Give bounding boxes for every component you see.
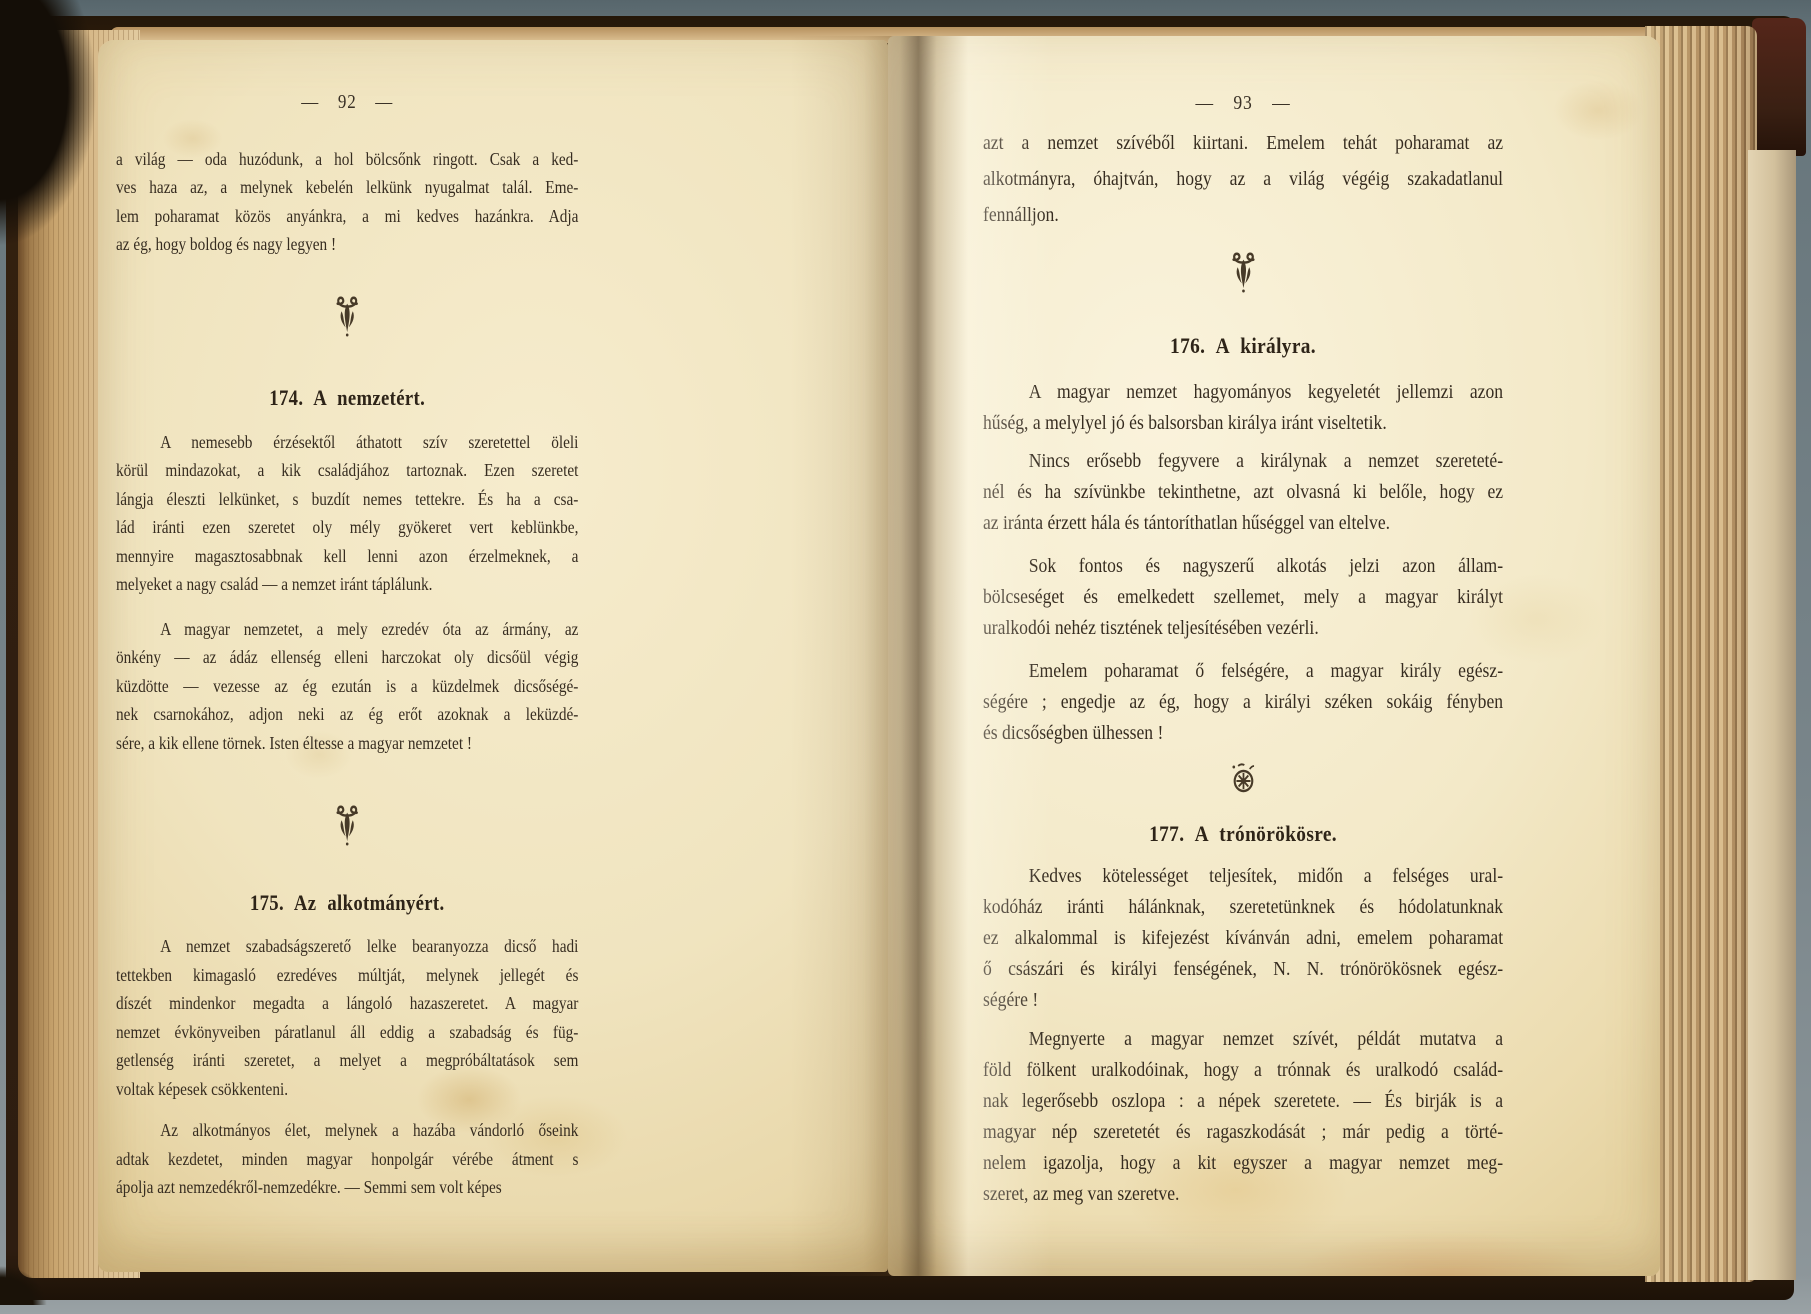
text-line: voltak képesek csökkenteni. xyxy=(116,1075,578,1104)
book-page-left: — 92 — a világ — oda huzódunk, a hol böl… xyxy=(98,40,888,1272)
section-heading-175: 175. Az alkotmányért. xyxy=(116,890,578,916)
text-line: A nemzet szabadságszerető lelke bearanyo… xyxy=(116,932,578,961)
text-line: ves haza az, a melynek kebelén lelkünk n… xyxy=(116,173,578,202)
right-page-text-column: — 93 — azt a nemzet szívéből kiirtani. E… xyxy=(983,88,1503,1210)
text-line: adtak kezdetet, minden magyar honpolgár … xyxy=(116,1145,578,1174)
section-divider xyxy=(116,802,578,848)
fleuron-ornament-icon xyxy=(331,293,363,339)
section-heading-174: 174. A nemzetért. xyxy=(116,385,578,411)
text-line: az ég, hogy boldog és nagy legyen ! xyxy=(116,230,578,259)
text-line: alkotmányra, óhajtván, hogy az a világ v… xyxy=(983,161,1503,197)
section-divider xyxy=(983,249,1503,295)
text-line: sére, a kik ellene törnek. Isten éltesse… xyxy=(116,729,578,758)
text-line: lem poharamat közös anyánkra, a mi kedve… xyxy=(116,202,578,231)
section-heading-177: 177. A trónörökösre. xyxy=(983,821,1503,847)
cover-inner-edge xyxy=(1748,150,1796,1280)
paragraph: A magyar nemzetet, a mely ezredév óta az… xyxy=(116,615,578,758)
page-number-92: — 92 — xyxy=(116,88,578,117)
paragraph: Sok fontos és nagyszerű alkotás jelzi az… xyxy=(983,551,1503,644)
text-line: küzdötte — vezesse az ég ezután is a küz… xyxy=(116,672,578,701)
text-line: mennyire magasztosabbnak kell lenni azon… xyxy=(116,542,578,571)
text-line: díszét mindenkor megadta a lángoló hazas… xyxy=(116,989,578,1018)
text-line: uralkodói nehéz tisztének teljesítésében… xyxy=(983,613,1503,644)
text-line: nemzet évkönyveiben páratlanul áll eddig… xyxy=(116,1018,578,1047)
left-page-text-column: — 92 — a világ — oda huzódunk, a hol böl… xyxy=(116,88,578,1202)
text-line: lángja éleszti lelkünket, s buzdít nemes… xyxy=(116,485,578,514)
text-line: Kedves kötelességet teljesítek, midőn a … xyxy=(983,861,1503,892)
page-stack-fore-edge-right xyxy=(1645,26,1757,1282)
fleuron-ornament-icon xyxy=(1226,249,1259,295)
text-line: fennálljon. xyxy=(983,197,1503,233)
text-line: hűség, a melylyel jó és balsorsban királ… xyxy=(983,408,1503,439)
text-line: ségére ; engedje az ég, hogy a királyi s… xyxy=(983,687,1503,718)
text-line: ő császári és királyi fenségének, N. N. … xyxy=(983,954,1503,985)
text-line: getlenség iránti szeretet, a melyet a me… xyxy=(116,1046,578,1075)
paragraph: Megnyerte a magyar nemzet szívét, példát… xyxy=(983,1024,1503,1210)
text-line: bölcseséget és emelkedett szellemet, mel… xyxy=(983,582,1503,613)
text-line: körül mindazokat, a kik családjához tart… xyxy=(116,456,578,485)
text-line: Nincs erősebb fegyvere a királynak a nem… xyxy=(983,446,1503,477)
text-line: ségére ! xyxy=(983,985,1503,1016)
text-line: és dicsőségben ülhessen ! xyxy=(983,718,1503,749)
section-divider xyxy=(116,293,578,339)
text-line: kodóház iránti hálánknak, szeretetünknek… xyxy=(983,892,1503,923)
paragraph: A nemzet szabadságszerető lelke bearanyo… xyxy=(116,932,578,1103)
text-line: önkény — az ádáz ellenség elleni harczok… xyxy=(116,643,578,672)
text-line: magyar nép szeretetét és ragaszkodását ;… xyxy=(983,1117,1503,1148)
page-number-93: — 93 — xyxy=(983,88,1503,119)
text-line: ápolja azt nemzedékről-nemzedékre. — Sem… xyxy=(116,1173,578,1202)
text-line: melyeket a nagy család — a nemzet iránt … xyxy=(116,570,578,599)
paragraph: Emelem poharamat ő felségére, a magyar k… xyxy=(983,656,1503,749)
text-line: ez alkalommal is kifejezést kívánván adn… xyxy=(983,923,1503,954)
text-line: azt a nemzet szívéből kiirtani. Emelem t… xyxy=(983,125,1503,161)
text-line: nak legerősebb oszlopa : a népek szerete… xyxy=(983,1086,1503,1117)
paragraph: A magyar nemzet hagyományos kegyeletét j… xyxy=(983,377,1503,439)
section-divider xyxy=(983,759,1503,801)
paragraph: Az alkotmányos élet, melynek a hazába vá… xyxy=(116,1116,578,1202)
paragraph: azt a nemzet szívéből kiirtani. Emelem t… xyxy=(983,125,1503,233)
text-line: nek csarnokához, adjon neki az ég erőt a… xyxy=(116,700,578,729)
text-line: lád iránti ezen szeretet oly mély gyöker… xyxy=(116,513,578,542)
text-line: A magyar nemzet hagyományos kegyeletét j… xyxy=(983,377,1503,408)
text-line: nelem igazolja, hogy a kit egyszer a mag… xyxy=(983,1148,1503,1179)
paragraph: Kedves kötelességet teljesítek, midőn a … xyxy=(983,861,1503,1016)
paragraph: a világ — oda huzódunk, a hol bölcsőnk r… xyxy=(116,145,578,259)
book-photo: — 92 — a világ — oda huzódunk, a hol böl… xyxy=(0,0,1811,1314)
section-heading-176: 176. A királyra. xyxy=(983,333,1503,359)
text-line: Az alkotmányos élet, melynek a hazába vá… xyxy=(116,1116,578,1145)
text-line: Sok fontos és nagyszerű alkotás jelzi az… xyxy=(983,551,1503,582)
rosette-ornament-icon xyxy=(1225,759,1260,801)
fleuron-ornament-icon xyxy=(331,802,363,848)
text-line: föld fölkent uralkodóinak, hogy a trónna… xyxy=(983,1055,1503,1086)
text-line: szeret, az meg van szeretve. xyxy=(983,1179,1503,1210)
text-line: Megnyerte a magyar nemzet szívét, példát… xyxy=(983,1024,1503,1055)
paragraph: Nincs erősebb fegyvere a királynak a nem… xyxy=(983,446,1503,539)
book-page-right: — 93 — azt a nemzet szívéből kiirtani. E… xyxy=(888,36,1660,1276)
text-line: az iránta érzett hála és tántoríthatlan … xyxy=(983,508,1503,539)
text-line: Emelem poharamat ő felségére, a magyar k… xyxy=(983,656,1503,687)
paragraph: A nemesebb érzésektől áthatott szív szer… xyxy=(116,428,578,599)
text-line: tettekben kimagasló ezredéves múltját, m… xyxy=(116,961,578,990)
text-line: A magyar nemzetet, a mely ezredév óta az… xyxy=(116,615,578,644)
text-line: a világ — oda huzódunk, a hol bölcsőnk r… xyxy=(116,145,578,174)
book-cover-corner xyxy=(1752,18,1806,156)
text-line: nél és ha szívünkbe tekinthetne, azt olv… xyxy=(983,477,1503,508)
cover-corner-shadow xyxy=(0,1235,70,1305)
text-line: A nemesebb érzésektől áthatott szív szer… xyxy=(116,428,578,457)
